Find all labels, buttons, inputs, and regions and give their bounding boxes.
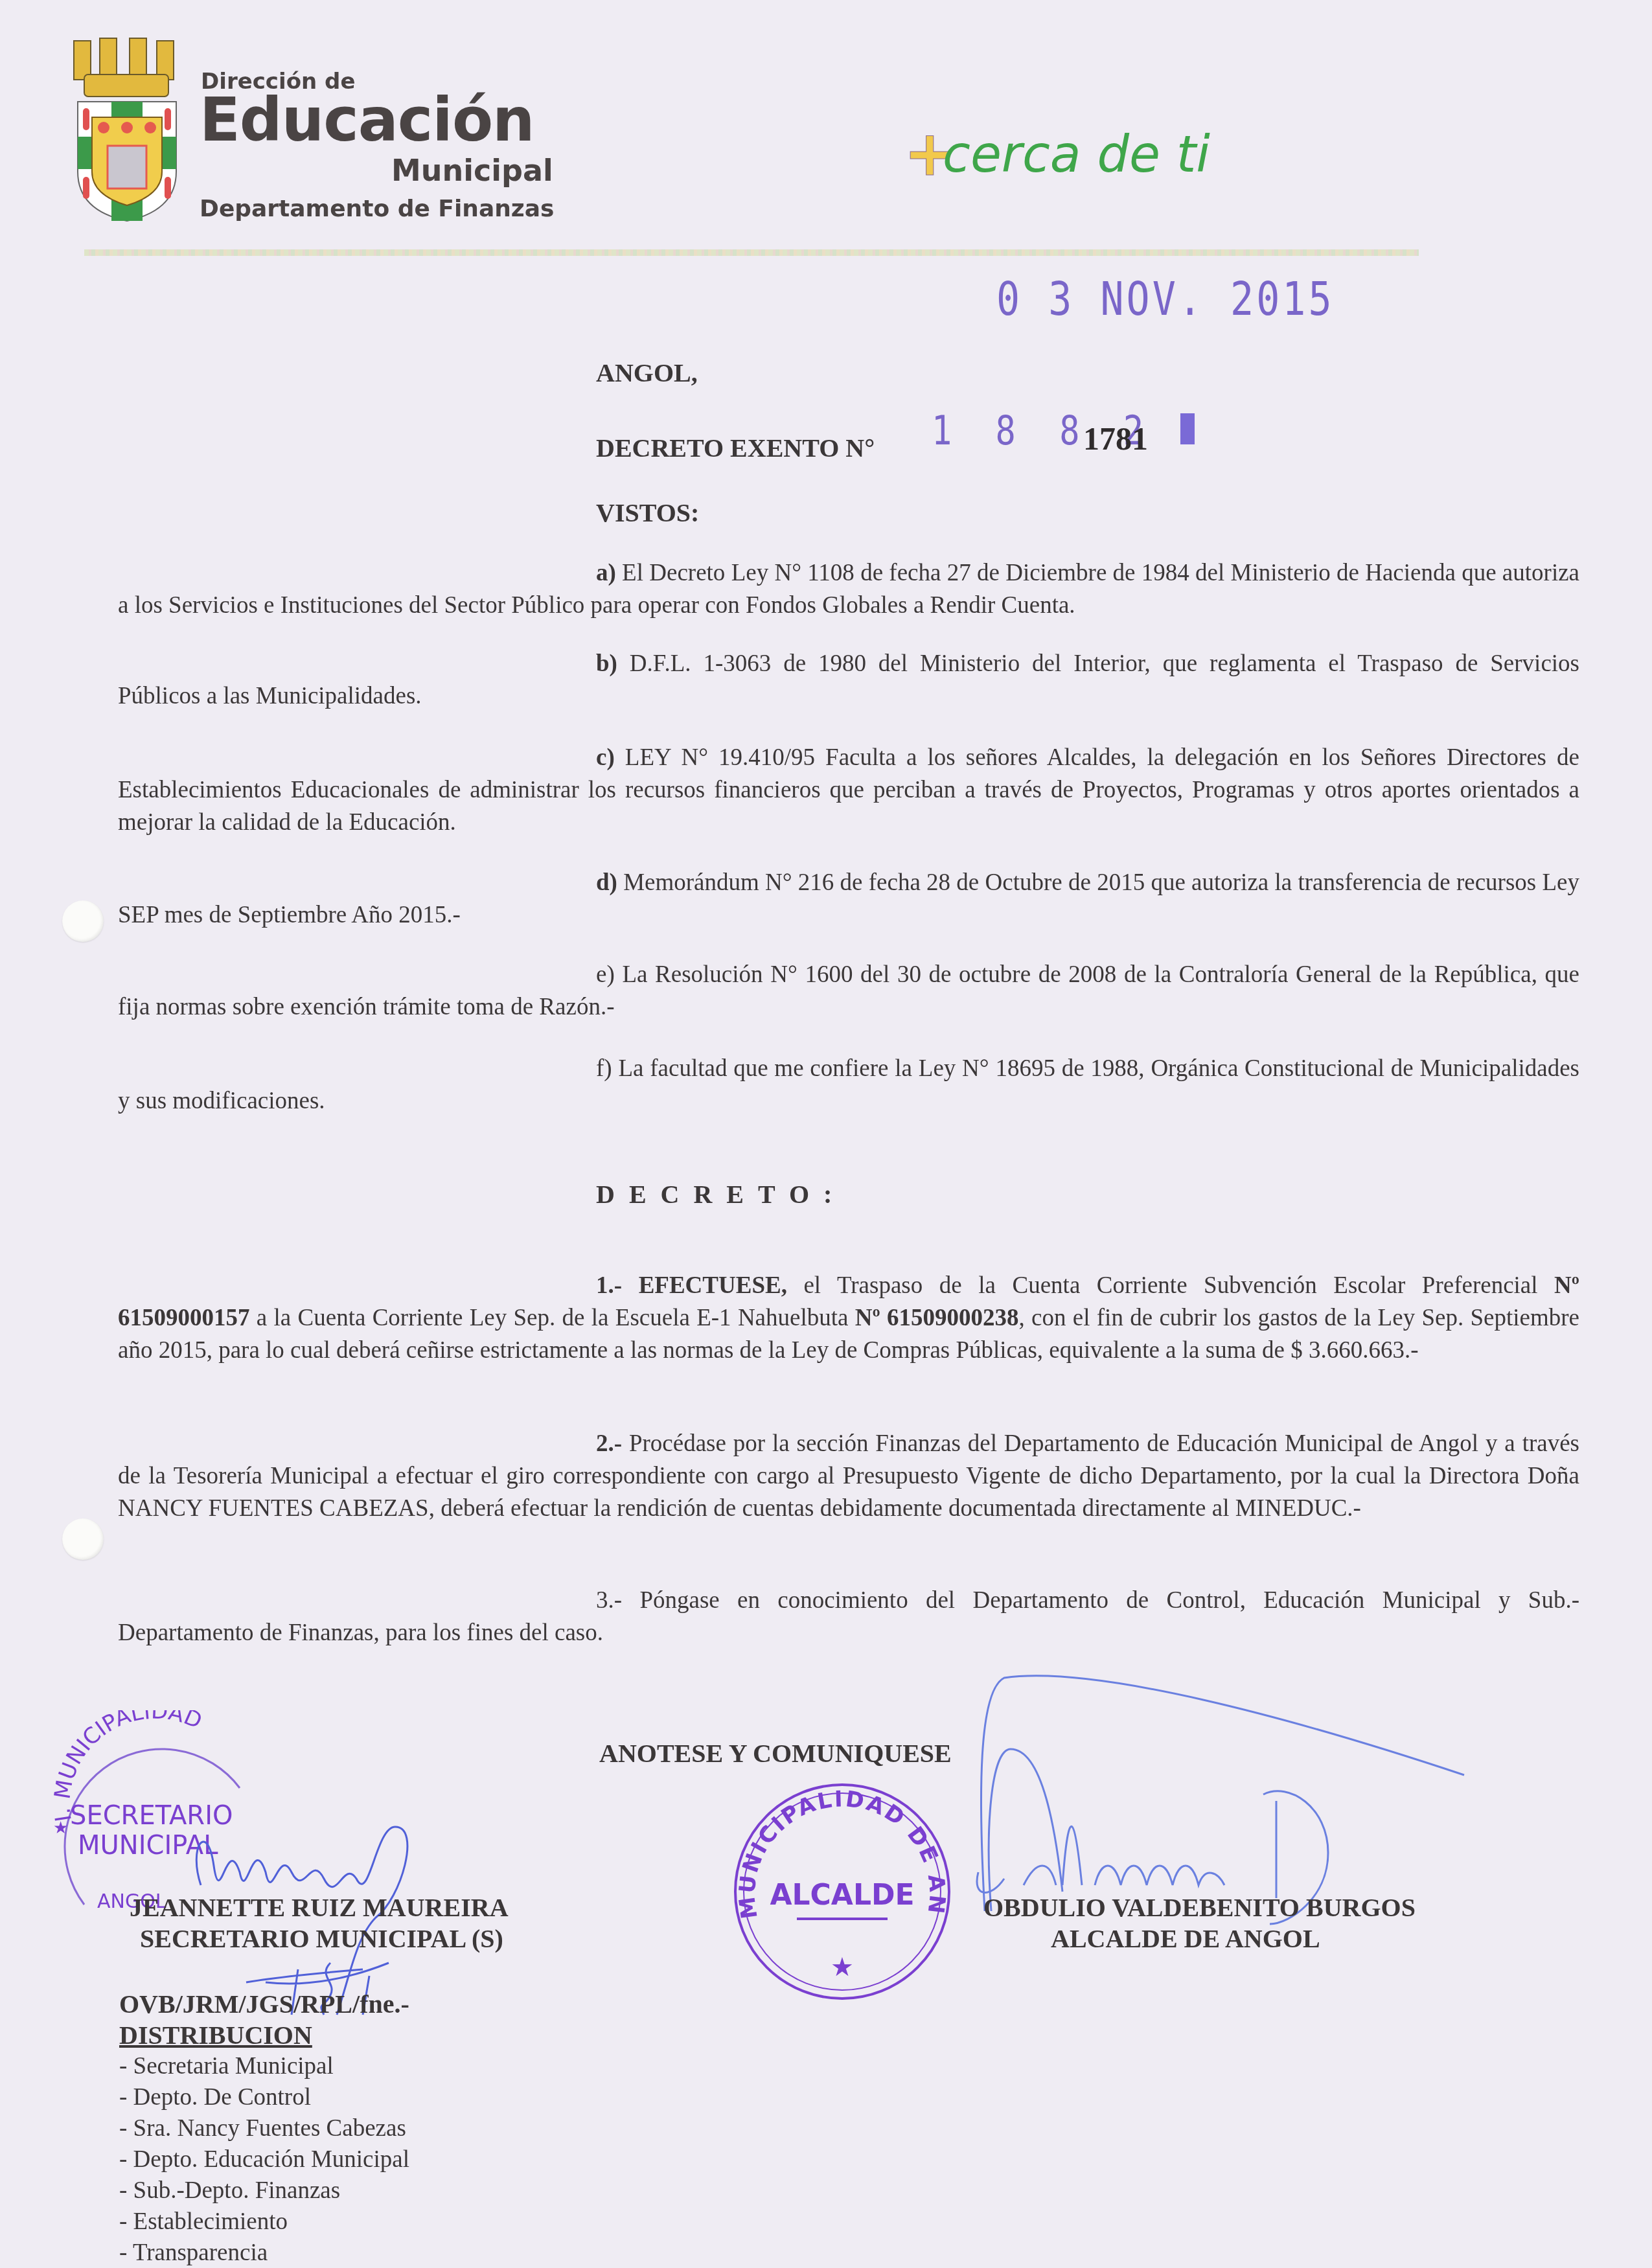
mayor-stamp: MUNICIPALIDAD DE ANGOL ALCALDE ★ [726,1775,959,2008]
punch-hole [62,1518,104,1560]
distribution-list: - Secretaria Municipal- Depto. De Contro… [119,2051,409,2268]
item-text: el Traspaso de la Cuenta Corriente Subve… [787,1272,1554,1299]
decreto-item-3: 3.- Póngase en conocimiento del Departam… [118,1585,1579,1649]
star-icon: ★ [831,1953,854,1982]
distribution-item: - Depto. Educación Municipal [119,2144,409,2175]
vistos-item: d) Memorándum N° 216 de fecha 28 de Octu… [118,867,1579,932]
distribution-title: DISTRIBUCION [119,2020,409,2051]
vistos-text: La Resolución N° 1600 del 30 de octubre … [118,961,1579,1020]
header-divider [84,249,1419,256]
distribution-item: - Depto. De Control [119,2082,409,2113]
item-number: 2.- [596,1430,622,1457]
decree-label: DECRETO EXENTO N° [596,433,875,463]
vistos-label: c) [596,744,615,771]
slogan-logo: + cerca de ti [904,110,1305,194]
decreto-item-2: 2.- Procédase por la sección Finanzas de… [118,1428,1579,1525]
coat-of-arms-icon [65,36,188,223]
vistos-label: b) [596,650,617,677]
distribution-item: - Sra. Nancy Fuentes Cabezas [119,2113,409,2144]
item-number: 1.- [596,1272,622,1299]
mayor-name: OBDULIO VALDEBENITO BURGOS [983,1892,1416,1924]
vistos-item: f) La facultad que me confiere la Ley N°… [118,1053,1579,1117]
decree-number-printed: 1781 [1083,420,1148,457]
distribution-item: - Sub.-Depto. Finanzas [119,2175,409,2206]
vistos-text: LEY N° 19.410/95 Faculta a los señores A… [118,744,1579,836]
account-to: Nº 61509000238 [855,1305,1019,1331]
star-icon: ★ [53,1818,68,1838]
stamp-mark [1180,413,1195,444]
item-number: 3.- [596,1587,622,1614]
decreto-heading: DECRETO: [596,1179,846,1209]
vistos-label: d) [596,869,617,896]
anotese-line: ANOTESE Y COMUNIQUESE [599,1737,952,1770]
vistos-item: e) La Resolución N° 1600 del 30 de octub… [118,959,1579,1024]
letterhead-department: Departamento de Finanzas [200,196,555,222]
distribution-item: - Secretaria Municipal [119,2051,409,2082]
mayor-role: ALCALDE DE ANGOL [1051,1923,1320,1955]
vistos-item: c) LEY N° 19.410/95 Faculta a los señore… [118,742,1579,839]
vistos-label: f) [596,1055,612,1082]
vistos-text: El Decreto Ley N° 1108 de fecha 27 de Di… [118,560,1579,619]
vistos-item: b) D.F.L. 1-3063 de 1980 del Ministerio … [118,648,1579,713]
slogan-text: cerca de ti [943,126,1210,184]
vistos-text: D.F.L. 1-3063 de 1980 del Ministerio del… [118,650,1579,709]
date-stamp: 0 3 NOV. 2015 [996,272,1335,326]
item-text: a la Cuenta Corriente Ley Sep. de la Esc… [250,1305,855,1331]
distribution-item: - Establecimiento [119,2206,409,2238]
vistos-label: e) [596,961,615,988]
decreto-item-1: 1.- EFECTUESE, el Traspaso de la Cuenta … [118,1270,1579,1367]
item-text: Procédase por la sección Finanzas del De… [118,1430,1579,1522]
letterhead-line-3: Municipal [391,153,553,188]
secretary-name: JEANNETTE RUIZ MAUREIRA [130,1892,509,1924]
vistos-heading: VISTOS: [596,498,699,528]
distribution-block: OVB/JRM/JGS/RPL/fne.- DISTRIBUCION - Sec… [119,1989,409,2268]
secretary-role: SECRETARIO MUNICIPAL (S) [140,1923,503,1955]
stamp-center-text: ALCALDE [770,1879,914,1912]
city-heading: ANGOL, [596,358,698,388]
letterhead-title: Educación [200,91,534,150]
vistos-text: Memorándum N° 216 de fecha 28 de Octubre… [118,869,1579,928]
vistos-text: La facultad que me confiere la Ley N° 18… [118,1055,1579,1114]
punch-hole [62,900,104,942]
item-text: Póngase en conocimiento del Departamento… [118,1587,1579,1646]
distribution-item: - Transparencia [119,2238,409,2268]
vistos-item: a) El Decreto Ley N° 1108 de fecha 27 de… [118,557,1579,622]
vistos-label: a) [596,560,616,586]
item-keyword: EFECTUESE, [639,1272,787,1299]
reference-initials: OVB/JRM/JGS/RPL/fne.- [119,1989,409,2020]
